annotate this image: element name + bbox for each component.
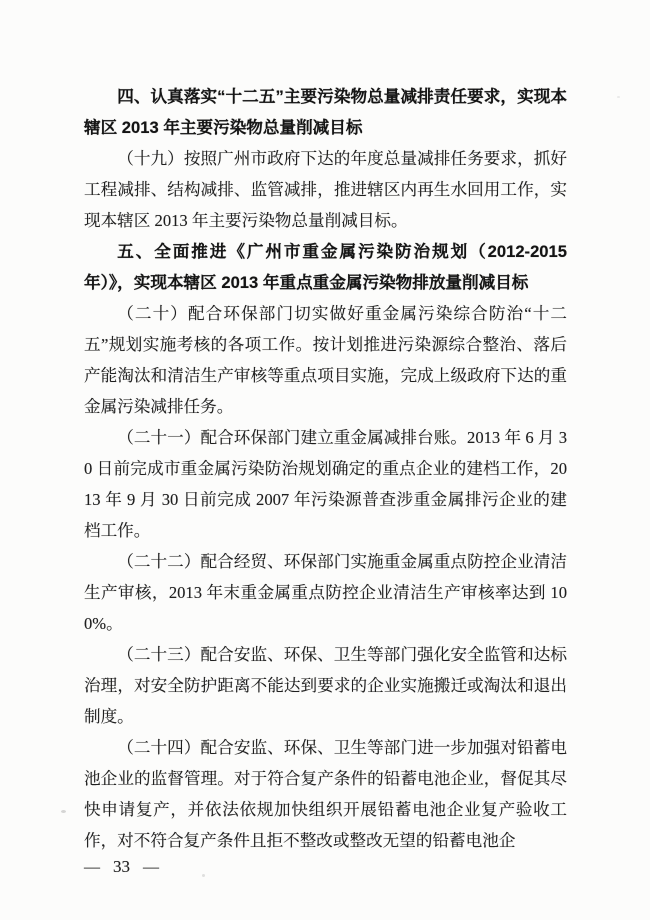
paragraph-item-20: （二十）配合环保部门切实做好重金属污染综合防治“十二五”规划实施考核的各项工作。…	[84, 298, 567, 422]
paragraph-item-24: （二十四）配合安监、环保、卫生等部门进一步加强对铅蓄电池企业的监督管理。对于符合…	[84, 732, 567, 856]
page-footer: —33—	[84, 855, 284, 880]
document-body: 四、认真落实“十二五”主要污染物总量减排责任要求，实现本辖区 2013 年主要污…	[84, 81, 567, 856]
scan-speck	[617, 96, 620, 98]
footer-dash-left: —	[84, 856, 100, 880]
scan-speck	[202, 874, 205, 877]
footer-dash-right: —	[143, 856, 159, 880]
scanned-document-page: 四、认真落实“十二五”主要污染物总量减排责任要求，实现本辖区 2013 年主要污…	[0, 0, 650, 920]
section-heading-four: 四、认真落实“十二五”主要污染物总量减排责任要求，实现本辖区 2013 年主要污…	[84, 81, 567, 143]
paragraph-item-23: （二十三）配合安监、环保、卫生等部门强化安全监管和达标治理，对安全防护距离不能达…	[84, 639, 567, 732]
paragraph-item-21: （二十一）配合环保部门建立重金属减排台账。2013 年 6 月 30 日前完成市…	[84, 422, 567, 546]
paragraph-item-19: （十九）按照广州市政府下达的年度总量减排任务要求，抓好工程减排、结构减排、监管减…	[84, 143, 567, 236]
section-heading-five: 五、全面推进《广州市重金属污染防治规划（2012-2015 年）》，实现本辖区 …	[84, 236, 567, 298]
scan-speck	[61, 810, 66, 813]
page-number: 33	[113, 855, 130, 879]
paragraph-item-22: （二十二）配合经贸、环保部门实施重金属重点防控企业清洁生产审核，2013 年末重…	[84, 546, 567, 639]
